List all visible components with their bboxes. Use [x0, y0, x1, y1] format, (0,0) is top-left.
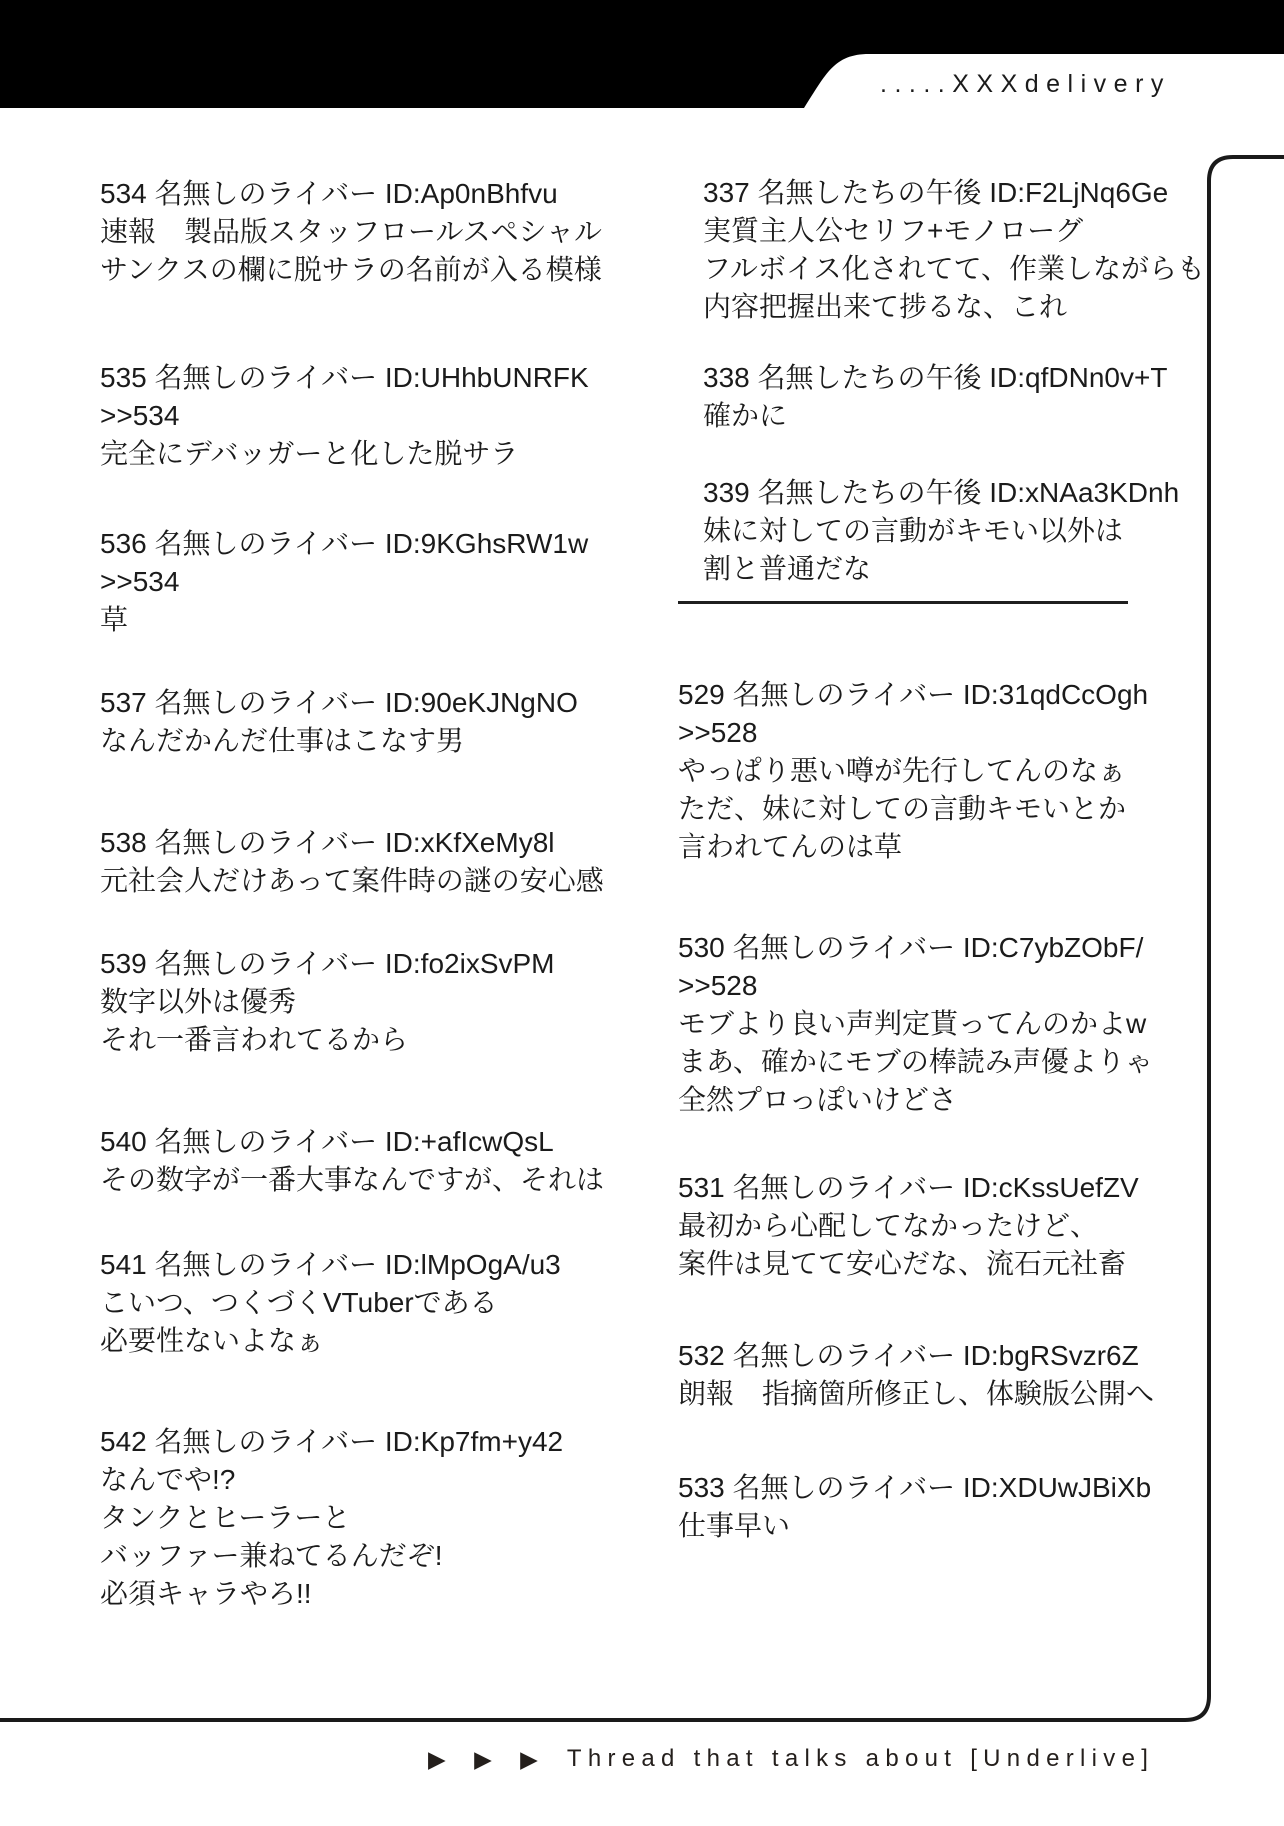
thread-post: 537 名無しのライバー ID:90eKJNgNOなんだかんだ仕事はこなす男 [100, 684, 578, 760]
post-id: ID:qfDNn0v+T [989, 362, 1167, 393]
post-id: ID:xNAa3KDnh [989, 477, 1179, 508]
post-author: 名無しのライバー [733, 679, 963, 710]
thread-post: 338 名無したちの午後 ID:qfDNn0v+T確かに [703, 359, 1167, 435]
post-number: 536 [100, 528, 155, 559]
post-body-line: 全然プロっぽいけどさ [678, 1081, 1153, 1119]
post-author: 名無しのライバー [733, 1172, 963, 1203]
post-number: 537 [100, 687, 155, 718]
thread-post: 529 名無しのライバー ID:31qdCcOgh>>528やっぱり悪い噂が先行… [678, 676, 1148, 866]
post-header: 535 名無しのライバー ID:UHhbUNRFK [100, 359, 589, 397]
post-body-line: なんだかんだ仕事はこなす男 [100, 722, 578, 760]
thread-post: 535 名無しのライバー ID:UHhbUNRFK>>534完全にデバッガーと化… [100, 359, 589, 473]
post-body-line: 妹に対しての言動がキモい以外は [703, 512, 1179, 550]
post-body-line: タンクとヒーラーと [100, 1499, 563, 1537]
post-anchor: >>528 [678, 967, 1153, 1005]
post-body-line: 速報 製品版スタッフロールスペシャル [100, 213, 602, 251]
post-body-line: 完全にデバッガーと化した脱サラ [100, 435, 589, 473]
post-header: 539 名無しのライバー ID:fo2ixSvPM [100, 945, 555, 983]
post-number: 339 [703, 477, 758, 508]
post-author: 名無しのライバー [155, 1426, 385, 1457]
post-body-line: 仕事早い [678, 1507, 1151, 1545]
thread-post: 540 名無しのライバー ID:+afIcwQsLその数字が一番大事なんですが、… [100, 1123, 604, 1199]
thread-post: 339 名無したちの午後 ID:xNAa3KDnh妹に対しての言動がキモい以外は… [703, 474, 1179, 588]
post-body-line: 最初から心配してなかったけど、 [678, 1207, 1139, 1245]
post-header: 542 名無しのライバー ID:Kp7fm+y42 [100, 1423, 563, 1461]
post-id: ID:90eKJNgNO [385, 687, 578, 718]
post-body-line: 元社会人だけあって案件時の謎の安心感 [100, 862, 604, 900]
post-header: 541 名無しのライバー ID:lMpOgA/u3 [100, 1246, 561, 1284]
post-body-line: モブより良い声判定貰ってんのかよw [678, 1005, 1153, 1043]
post-author: 名無しのライバー [155, 528, 385, 559]
post-author: 名無したちの午後 [758, 362, 990, 393]
post-body-line: 朗報 指摘箇所修正し、体験版公開へ [678, 1375, 1154, 1413]
post-body-line: 内容把握出来て捗るな、これ [703, 288, 1205, 326]
book-page: .....XXXdelivery 534 名無しのライバー ID:Ap0nBhf… [0, 0, 1284, 1826]
thread-post: 539 名無しのライバー ID:fo2ixSvPM数字以外は優秀それ一番言われて… [100, 945, 555, 1059]
post-body-line: まあ、確かにモブの棒読み声優よりゃ [678, 1043, 1153, 1081]
post-author: 名無しのライバー [155, 1249, 385, 1280]
post-body-line: 数字以外は優秀 [100, 983, 555, 1021]
post-id: ID:lMpOgA/u3 [385, 1249, 561, 1280]
post-body-line: サンクスの欄に脱サラの名前が入る模様 [100, 251, 602, 289]
post-number: 534 [100, 178, 155, 209]
post-author: 名無しのライバー [155, 362, 385, 393]
post-author: 名無しのライバー [155, 948, 385, 979]
thread-post: 532 名無しのライバー ID:bgRSvzr6Z朗報 指摘箇所修正し、体験版公… [678, 1337, 1154, 1413]
post-body-line: 言われてんのは草 [678, 828, 1148, 866]
post-id: ID:Kp7fm+y42 [385, 1426, 563, 1457]
thread-post: 538 名無しのライバー ID:xKfXeMy8l元社会人だけあって案件時の謎の… [100, 824, 604, 900]
post-author: 名無しのライバー [155, 687, 385, 718]
post-id: ID:cKssUefZV [963, 1172, 1139, 1203]
post-anchor: >>528 [678, 714, 1148, 752]
post-body-line: こいつ、つくづくVTuberである [100, 1284, 561, 1322]
post-number: 535 [100, 362, 155, 393]
post-number: 541 [100, 1249, 155, 1280]
post-id: ID:UHhbUNRFK [385, 362, 589, 393]
post-author: 名無しのライバー [155, 178, 385, 209]
post-number: 338 [703, 362, 758, 393]
post-id: ID:9KGhsRW1w [385, 528, 588, 559]
post-id: ID:+afIcwQsL [385, 1126, 554, 1157]
post-header: 534 名無しのライバー ID:Ap0nBhfvu [100, 175, 602, 213]
thread-post: 530 名無しのライバー ID:C7ybZObF/>>528モブより良い声判定貰… [678, 929, 1153, 1119]
post-header: 339 名無したちの午後 ID:xNAa3KDnh [703, 474, 1179, 512]
column-divider [678, 601, 1128, 604]
footer-arrow-icons: ▶ ▶ ▶ [428, 1748, 549, 1771]
post-author: 名無しのライバー [733, 1340, 963, 1371]
post-body-line: それ一番言われてるから [100, 1021, 555, 1059]
post-body-line: その数字が一番大事なんですが、それは [100, 1161, 604, 1199]
post-header: 538 名無しのライバー ID:xKfXeMy8l [100, 824, 604, 862]
post-author: 名無しのライバー [733, 1472, 963, 1503]
post-header: 337 名無したちの午後 ID:F2LjNq6Ge [703, 174, 1205, 212]
thread-post: 337 名無したちの午後 ID:F2LjNq6Ge実質主人公セリフ+モノローグフ… [703, 174, 1205, 326]
post-header: 531 名無しのライバー ID:cKssUefZV [678, 1169, 1139, 1207]
post-anchor: >>534 [100, 397, 589, 435]
post-body-line: 必要性ないよなぁ [100, 1322, 561, 1360]
post-body-line: フルボイス化されてて、作業しながらも [703, 250, 1205, 288]
post-header: 338 名無したちの午後 ID:qfDNn0v+T [703, 359, 1167, 397]
post-body-line: 草 [100, 601, 588, 639]
post-id: ID:C7ybZObF/ [963, 932, 1143, 963]
post-id: ID:Ap0nBhfvu [385, 178, 558, 209]
thread-post: 533 名無しのライバー ID:XDUwJBiXb仕事早い [678, 1469, 1151, 1545]
post-number: 531 [678, 1172, 733, 1203]
post-body-line: バッファー兼ねてるんだぞ! [100, 1537, 563, 1575]
post-id: ID:31qdCcOgh [963, 679, 1148, 710]
post-body-line: 確かに [703, 397, 1167, 435]
post-id: ID:bgRSvzr6Z [963, 1340, 1139, 1371]
post-author: 名無したちの午後 [758, 177, 990, 208]
post-body-line: やっぱり悪い噂が先行してんのなぁ [678, 752, 1148, 790]
post-body-line: 割と普通だな [703, 550, 1179, 588]
post-body-line: 案件は見てて安心だな、流石元社畜 [678, 1245, 1139, 1283]
thread-post: 536 名無しのライバー ID:9KGhsRW1w>>534草 [100, 525, 588, 639]
post-id: ID:fo2ixSvPM [385, 948, 555, 979]
post-body-line: ただ、妹に対しての言動キモいとか [678, 790, 1148, 828]
brand-logo: .....XXXdelivery [880, 70, 1171, 99]
post-author: 名無しのライバー [155, 827, 385, 858]
post-body-line: なんでや!? [100, 1461, 563, 1499]
footer-label: Thread that talks about [Underlive] [567, 1747, 1154, 1771]
post-header: 532 名無しのライバー ID:bgRSvzr6Z [678, 1337, 1154, 1375]
post-number: 529 [678, 679, 733, 710]
post-number: 538 [100, 827, 155, 858]
post-number: 530 [678, 932, 733, 963]
post-number: 539 [100, 948, 155, 979]
post-number: 337 [703, 177, 758, 208]
post-id: ID:xKfXeMy8l [385, 827, 555, 858]
post-author: 名無しのライバー [733, 932, 963, 963]
post-number: 532 [678, 1340, 733, 1371]
post-author: 名無しのライバー [155, 1126, 385, 1157]
post-id: ID:XDUwJBiXb [963, 1472, 1151, 1503]
post-body-line: 実質主人公セリフ+モノローグ [703, 212, 1205, 250]
footer: ▶ ▶ ▶ Thread that talks about [Underlive… [428, 1747, 1154, 1771]
post-body-line: 必須キャラやろ!! [100, 1575, 563, 1613]
header-bar: .....XXXdelivery [0, 0, 1284, 108]
post-header: 536 名無しのライバー ID:9KGhsRW1w [100, 525, 588, 563]
thread-post: 541 名無しのライバー ID:lMpOgA/u3こいつ、つくづくVTuberで… [100, 1246, 561, 1360]
post-anchor: >>534 [100, 563, 588, 601]
post-header: 540 名無しのライバー ID:+afIcwQsL [100, 1123, 604, 1161]
post-author: 名無したちの午後 [758, 477, 990, 508]
post-header: 533 名無しのライバー ID:XDUwJBiXb [678, 1469, 1151, 1507]
post-number: 533 [678, 1472, 733, 1503]
thread-post: 534 名無しのライバー ID:Ap0nBhfvu速報 製品版スタッフロールスペ… [100, 175, 602, 289]
thread-post: 531 名無しのライバー ID:cKssUefZV最初から心配してなかったけど、… [678, 1169, 1139, 1283]
thread-post: 542 名無しのライバー ID:Kp7fm+y42なんでや!?タンクとヒーラーと… [100, 1423, 563, 1613]
post-header: 530 名無しのライバー ID:C7ybZObF/ [678, 929, 1153, 967]
post-header: 537 名無しのライバー ID:90eKJNgNO [100, 684, 578, 722]
post-id: ID:F2LjNq6Ge [989, 177, 1168, 208]
post-header: 529 名無しのライバー ID:31qdCcOgh [678, 676, 1148, 714]
post-number: 540 [100, 1126, 155, 1157]
post-number: 542 [100, 1426, 155, 1457]
